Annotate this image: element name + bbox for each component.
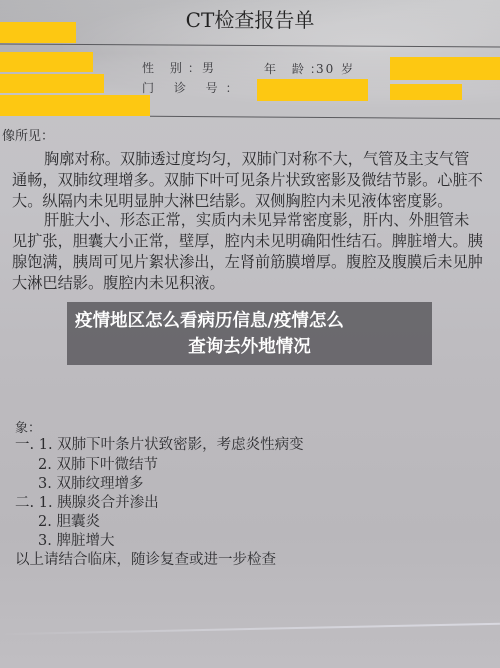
findings-p2-line4: 大淋巴结影。腹腔内未见积液。 bbox=[12, 273, 225, 294]
impression-item: 二. 1. 胰腺炎合并渗出 bbox=[15, 494, 159, 514]
header-rule-top bbox=[0, 43, 500, 47]
findings-p1-line1: 胸廓对称。双肺透过度均匀，双肺门对称不大，气管及主支气管 bbox=[44, 149, 469, 170]
caption-line-2: 查询去外地情况 bbox=[188, 334, 311, 360]
caption-line-1: 疫情地区怎么看病历信息/疫情怎么 bbox=[75, 308, 344, 334]
findings-p1-line2: 通畅，双肺纹理增多。双肺下叶可见条片状致密影及微结节影。心脏不 bbox=[12, 170, 483, 191]
impression-item: 2. 双肺下叶微结节 bbox=[38, 456, 158, 476]
gender-label: 性 别： bbox=[142, 59, 206, 76]
outpatient-no-label: 门 诊 号： bbox=[142, 79, 246, 96]
impression-item: 3. 双肺纹理增多 bbox=[38, 475, 143, 495]
findings-label: 像所见： bbox=[2, 125, 54, 144]
findings-p2-line2: 见扩张，胆囊大小正常，壁厚，腔内未见明确阳性结石。脾脏增大。胰 bbox=[12, 231, 483, 252]
redaction-block-exam-no bbox=[390, 57, 500, 80]
findings-p2-line1: 肝脏大小、形态正常，实质内未见异常密度影，肝内、外胆管未 bbox=[44, 210, 469, 231]
findings-p2-line3: 腺饱满，胰周可见片絮状渗出，左肾前筋膜增厚。腹腔及腹膜后未见肿 bbox=[12, 252, 483, 273]
header-rule-bottom bbox=[150, 116, 500, 119]
redaction-block-date bbox=[390, 84, 462, 100]
redaction-block-outpatient-no bbox=[257, 79, 368, 101]
findings-p1-line3: 大。纵隔内未见明显肿大淋巴结影。双侧胸腔内未见液体密度影。 bbox=[12, 191, 452, 212]
impression-item: 2. 胆囊炎 bbox=[38, 513, 100, 533]
gender-value: 男 bbox=[202, 59, 220, 76]
paper-fold-line bbox=[0, 623, 500, 635]
redaction-block-bed bbox=[0, 95, 150, 116]
caption-overlay: 疫情地区怎么看病历信息/疫情怎么 查询去外地情况 bbox=[67, 302, 432, 365]
impression-item: 一. 1. 双肺下叶条片状致密影，考虑炎性病变 bbox=[15, 436, 304, 456]
redaction-block-name bbox=[0, 52, 93, 72]
impression-item: 3. 脾脏增大 bbox=[38, 532, 114, 552]
age-value: 30 岁 bbox=[316, 60, 355, 77]
impression-conclusion: 以上请结合临床，随诊复查或进一步检查 bbox=[15, 551, 276, 571]
redaction-block-hospital bbox=[0, 22, 76, 43]
redaction-block-dept bbox=[0, 74, 104, 93]
impression-label: 象： bbox=[15, 417, 41, 436]
